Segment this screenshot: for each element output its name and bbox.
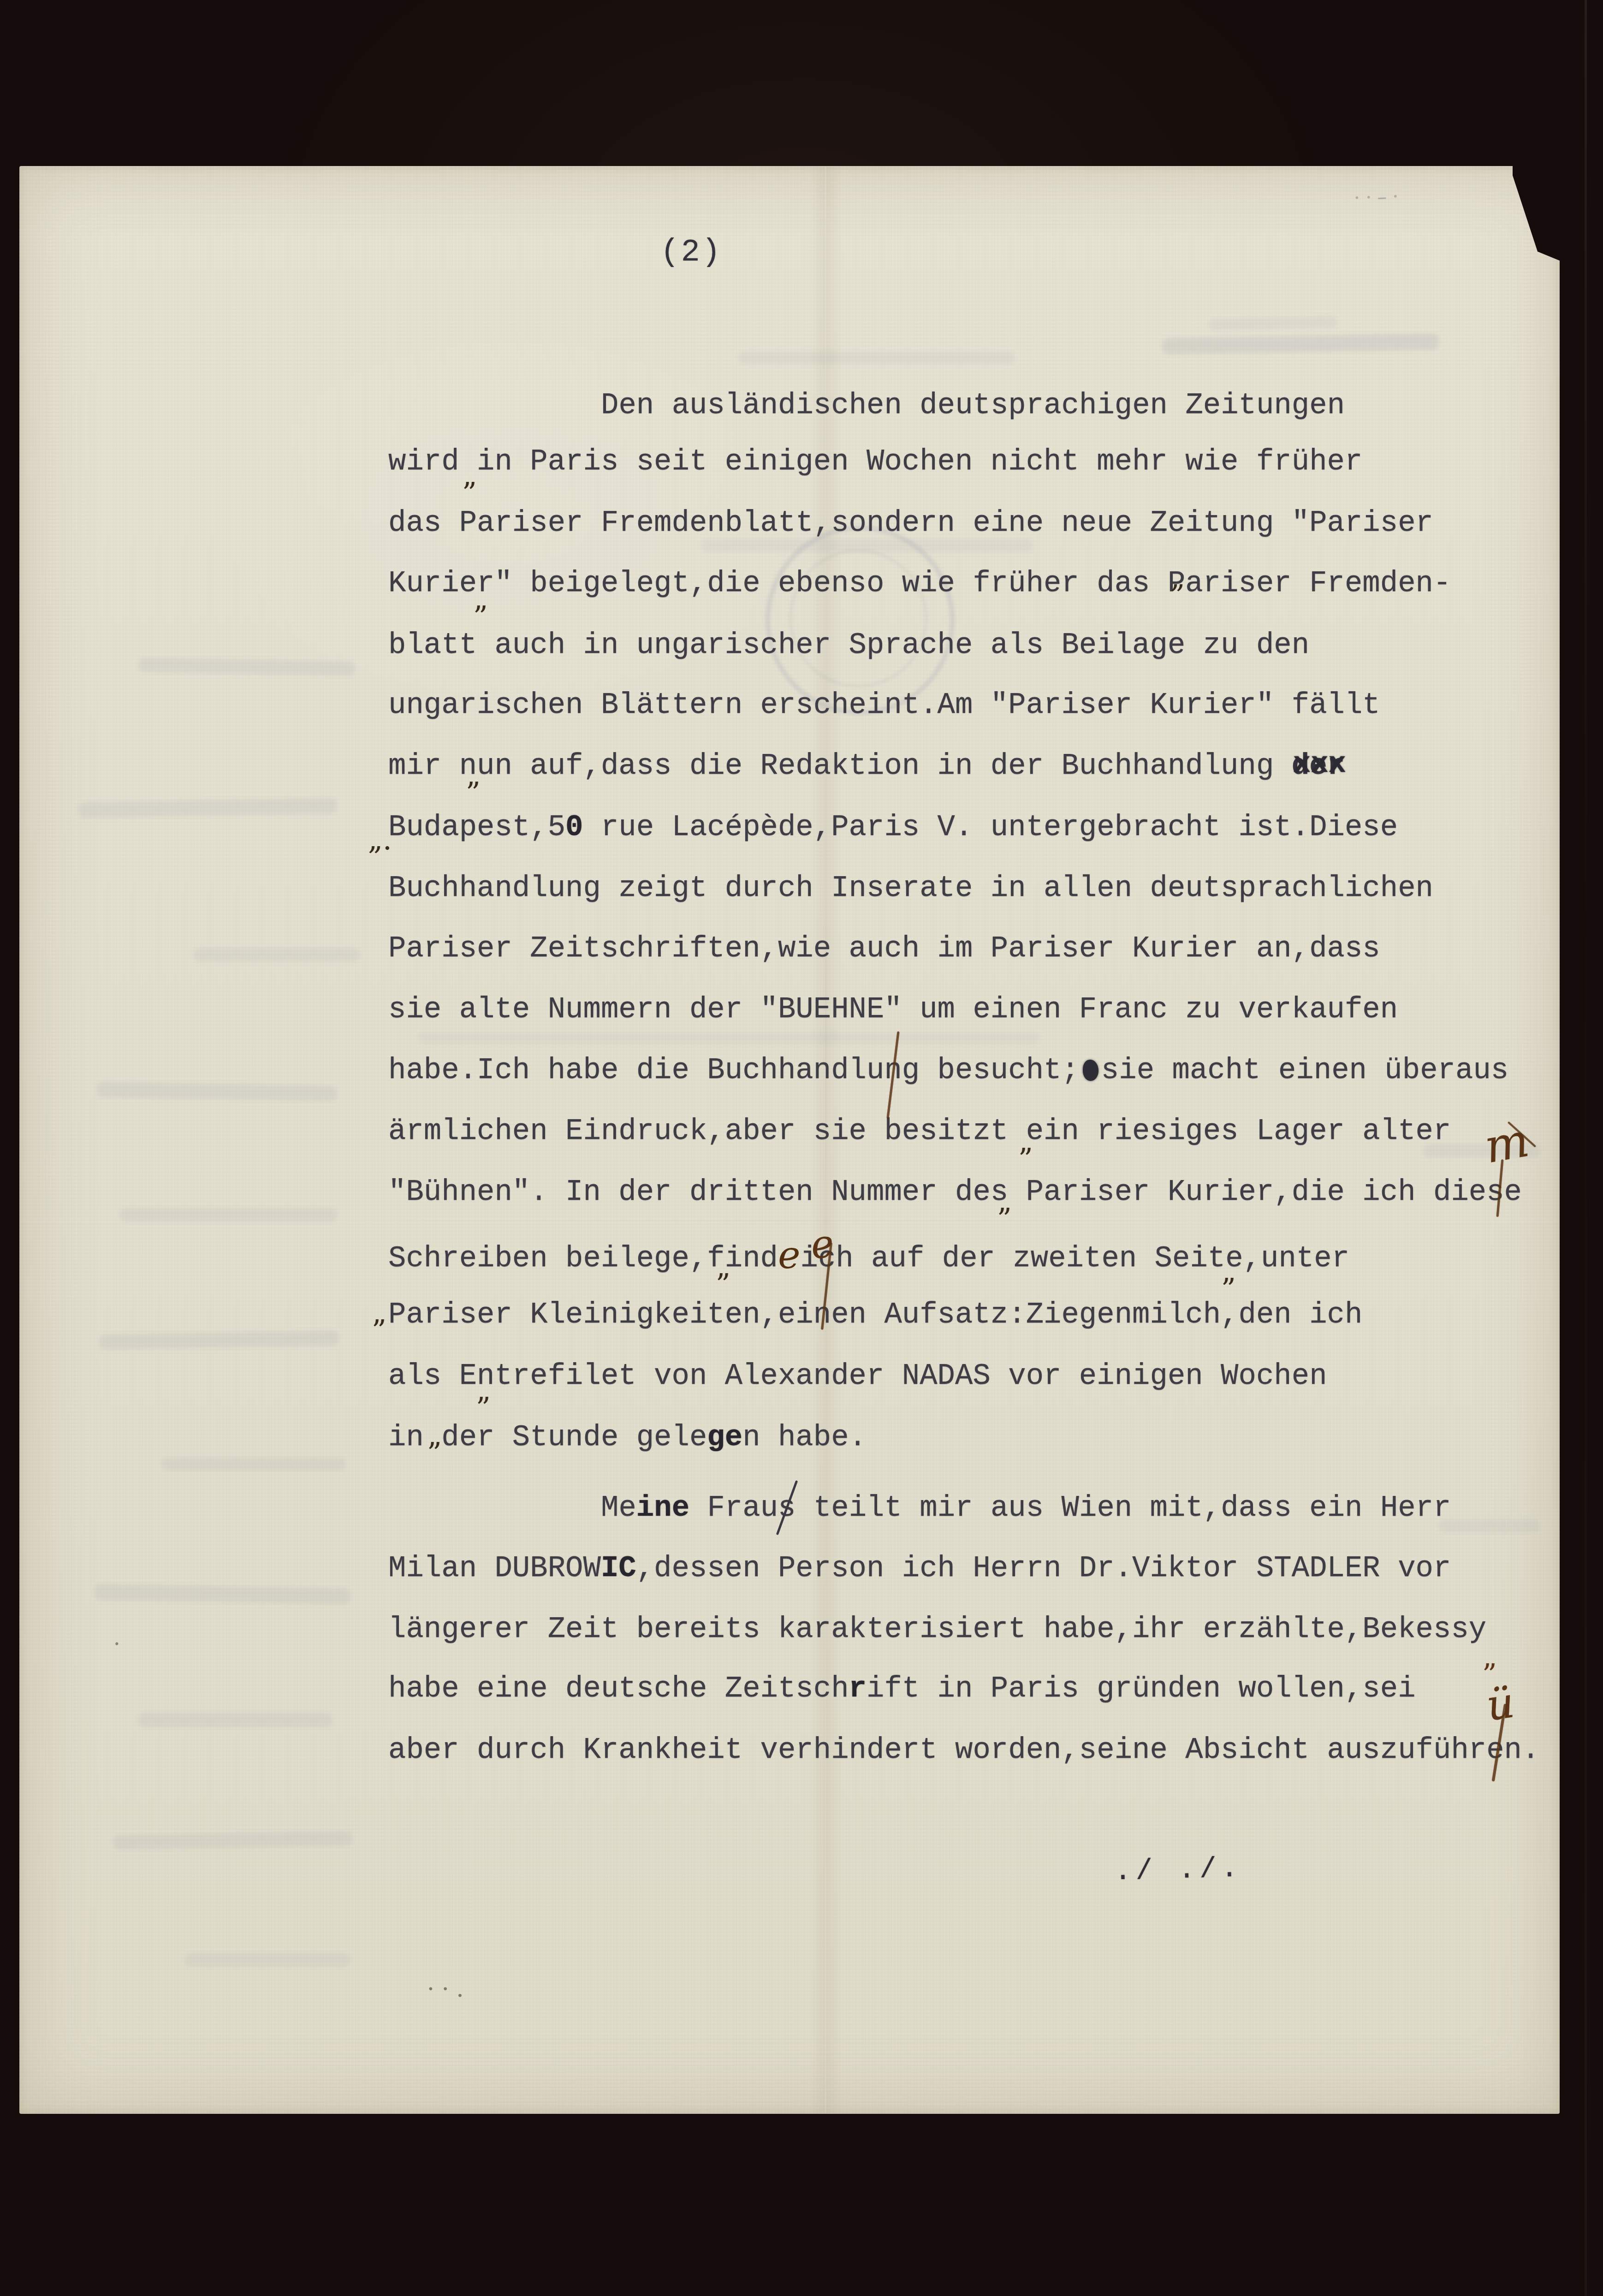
typed-text: Den ausländischen deutsprachigen Zeitung… [601, 389, 1345, 422]
typed-text: IC [601, 1552, 636, 1585]
ink-mark: „. [368, 825, 392, 854]
typed-line: Pariser Zeitschriften,wie auch im Parise… [388, 926, 1380, 972]
bleedthrough-smudge [1439, 1519, 1540, 1532]
typed-line: ärmlichen Eindruck,aber sie besitzt ein … [388, 1109, 1451, 1155]
ink-mark: ” [473, 602, 488, 631]
typed-text: sie macht einen überaus [1101, 1054, 1508, 1087]
typed-text: 0 [565, 811, 583, 844]
typed-line: habe eine deutsche Zeitschrift in Paris … [388, 1666, 1416, 1712]
typed-line: als Entrefilet von Alexander NADAS vor e… [388, 1353, 1327, 1400]
typed-text: längerer Zeit bereits karakterisiert hab… [388, 1613, 1486, 1646]
typed-line: längerer Zeit bereits karakterisiert hab… [388, 1607, 1486, 1653]
typed-text: ,dessen Person ich Herrn Dr.Viktor STADL… [636, 1552, 1451, 1585]
ink-mark: ” [476, 1394, 491, 1422]
typed-text: Buchhandlung zeigt durch Inserate in all… [388, 872, 1433, 905]
ink-mark: ” [997, 1204, 1012, 1233]
bleedthrough-smudge [194, 948, 360, 961]
bleedthrough-smudge [1208, 316, 1337, 331]
typed-text: derxxx [1292, 743, 1345, 789]
typed-text: Me [601, 1492, 636, 1525]
typed-line: Den ausländischen deutsprachigen Zeitung… [601, 383, 1345, 429]
ink-mark: ” [462, 479, 477, 507]
overtyped-strike: xxx [1293, 742, 1346, 788]
typed-line: mir nun auf,dass die Redaktion in der Bu… [388, 743, 1345, 789]
bleedthrough-smudge [120, 1208, 337, 1222]
typed-text: Milan DUBROW [388, 1552, 601, 1585]
bleedthrough-smudge [738, 351, 1015, 364]
typed-text: ift in Paris gründen wollen,sei [867, 1673, 1416, 1706]
typed-text: Frau [689, 1492, 778, 1525]
bleedthrough-smudge [161, 1457, 346, 1471]
typed-text: wird in Paris seit einigen Wochen nicht … [388, 445, 1362, 479]
typed-text: e [778, 1233, 801, 1279]
typed-line: blatt auch in ungarischer Sprache als Be… [388, 623, 1309, 669]
typed-text: blatt auch in ungarischer Sprache als Be… [388, 629, 1309, 662]
typed-text: Pariser Kleinigkeiten,einen Aufsatz:Zieg… [388, 1299, 1362, 1332]
typed-text: Pariser Zeitschriften,wie auch im Parise… [388, 932, 1380, 966]
typed-text: Kurier" beigelegt,die ebenso wie früher … [388, 567, 1451, 600]
typed-text: ungarischen Blättern erscheint.Am "Paris… [388, 689, 1380, 722]
typed-text: sie alte Nummern der "BUEHNE" um einen F… [388, 993, 1398, 1026]
typed-text: habe.Ich habe die Buchhandlung besucht; [388, 1054, 1079, 1087]
bleedthrough-smudge [417, 1032, 1040, 1044]
typed-line: ungarischen Blättern erscheint.Am "Paris… [388, 682, 1380, 729]
typed-line: das Pariser Fremdenblatt,sondern eine ne… [388, 500, 1433, 546]
typed-text: r [849, 1673, 867, 1706]
ink-mark: m [1481, 1117, 1532, 1170]
typed-text: ine [636, 1492, 689, 1525]
ink-mark: . [113, 1627, 120, 1648]
typed-line: Schreiben beilege,findeich auf der zweit… [388, 1231, 1349, 1282]
typed-line: habe.Ich habe die Buchhandlung besucht;s… [388, 1048, 1508, 1094]
typed-text: teilt mir aus Wien mit,dass ein Herr [796, 1492, 1451, 1525]
ink-mark: ” [427, 1439, 442, 1467]
typed-text: rue Lacépède,Paris V. untergebracht ist.… [583, 811, 1398, 844]
typed-text: "Bühnen". In der dritten Nummer des Pari… [388, 1176, 1522, 1209]
bleedthrough-smudge [184, 1953, 350, 1967]
pencil-mark: · · – · [1354, 187, 1399, 207]
ink-mark: · · . [427, 1977, 463, 2000]
bleedthrough-smudge [138, 1713, 332, 1727]
ink-mark: „ [1170, 564, 1185, 592]
typed-text: mir nun auf,dass die Redaktion in der Bu… [388, 750, 1292, 783]
typed-text: habe eine deutsche Zeitsch [388, 1673, 849, 1706]
typed-text: als Entrefilet von Alexander NADAS vor e… [388, 1360, 1327, 1393]
ink-mark: ” [372, 1316, 386, 1345]
typed-line: Budapest,50 rue Lacépède,Paris V. unterg… [388, 805, 1398, 851]
typed-text: n habe. [742, 1421, 867, 1454]
typed-text: aber durch Krankheit verhindert worden,s… [388, 1734, 1539, 1767]
typed-text: ärmlichen Eindruck,aber sie besitzt ein … [388, 1115, 1451, 1148]
document-scan: { "colors": { "paper": "#e4e0d0", "backi… [0, 0, 1603, 2296]
page-number: (2) [660, 232, 722, 273]
typed-text: ich auf der zweiten Seite,unter [800, 1242, 1349, 1276]
typed-line: Milan DUBROWIC,dessen Person ich Herrn D… [388, 1546, 1451, 1592]
backing-seam [1585, 0, 1587, 2296]
ink-blot [1083, 1060, 1098, 1081]
typed-text: s [778, 1485, 796, 1531]
typed-line: wird in Paris seit einigen Wochen nicht … [388, 439, 1362, 485]
typed-line: in der Stunde gelegen habe. [388, 1415, 867, 1461]
typed-line: Buchhandlung zeigt durch Inserate in all… [388, 866, 1433, 912]
typed-line: Pariser Kleinigkeiten,einen Aufsatz:Zieg… [388, 1292, 1362, 1338]
ink-mark: ” [1018, 1145, 1033, 1173]
typed-text: das Pariser Fremdenblatt,sondern eine ne… [388, 507, 1433, 540]
ink-mark: ” [1221, 1275, 1236, 1303]
typed-line: Kurier" beigelegt,die ebenso wie früher … [388, 561, 1451, 607]
typed-line: Meine Fraus teilt mir aus Wien mit,dass … [601, 1485, 1451, 1531]
typed-text: Budapest,5 [388, 811, 565, 844]
ink-mark: ” [466, 778, 481, 807]
typed-line: "Bühnen". In der dritten Nummer des Pari… [388, 1169, 1522, 1216]
typed-text: ge [707, 1421, 742, 1454]
typed-line: sie alte Nummern der "BUEHNE" um einen F… [388, 987, 1398, 1033]
end-mark: ./ ./. [1114, 1845, 1243, 1895]
typed-line: aber durch Krankheit verhindert worden,s… [388, 1727, 1539, 1774]
ink-mark: ” [716, 1270, 730, 1299]
ink-mark: ü [1484, 1681, 1517, 1727]
